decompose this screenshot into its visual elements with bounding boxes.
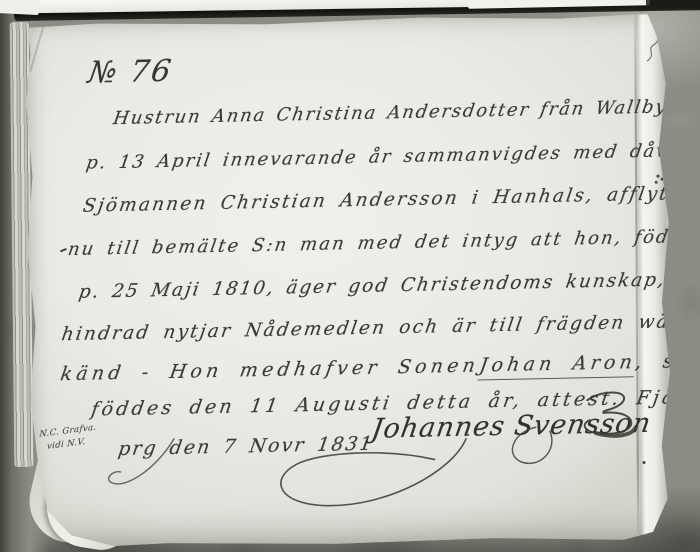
manuscript-line: Sjömannen Christian Andersson i Hanhals,…	[83, 182, 700, 218]
manuscript-line: hindrad nytjar Nådemedlen och är till fr…	[62, 310, 679, 346]
manuscript-line: nu till bemälte S:n man med det intyg at…	[68, 226, 684, 261]
pen-flourish	[104, 431, 185, 503]
ink-speck	[643, 461, 646, 464]
manuscript-line: p. 25 Maji 1810, äger god Christendoms k…	[79, 267, 700, 304]
signature-flourish	[265, 383, 668, 531]
record-number: № 76	[88, 53, 173, 92]
ink-speck	[657, 175, 660, 178]
manuscript-line: p. 13 April innevarande år sammanvigdes …	[86, 139, 700, 175]
previous-page-corner	[0, 0, 39, 15]
marginalia-note: N.C. Grafva. vidi N.V.	[39, 422, 99, 455]
underlined-name: Johan Aron	[477, 351, 637, 380]
stray-pen-mark	[60, 248, 67, 252]
handwriting-layer: № 76 Hustrun Anna Christina Andersdotter…	[17, 6, 678, 551]
main-page: № 76 Hustrun Anna Christina Andersdotter…	[19, 9, 675, 549]
manuscript-line: Hustrun Anna Christina Andersdotter från…	[113, 95, 700, 130]
scanned-document: № 76 Hustrun Anna Christina Andersdotter…	[0, 0, 700, 552]
